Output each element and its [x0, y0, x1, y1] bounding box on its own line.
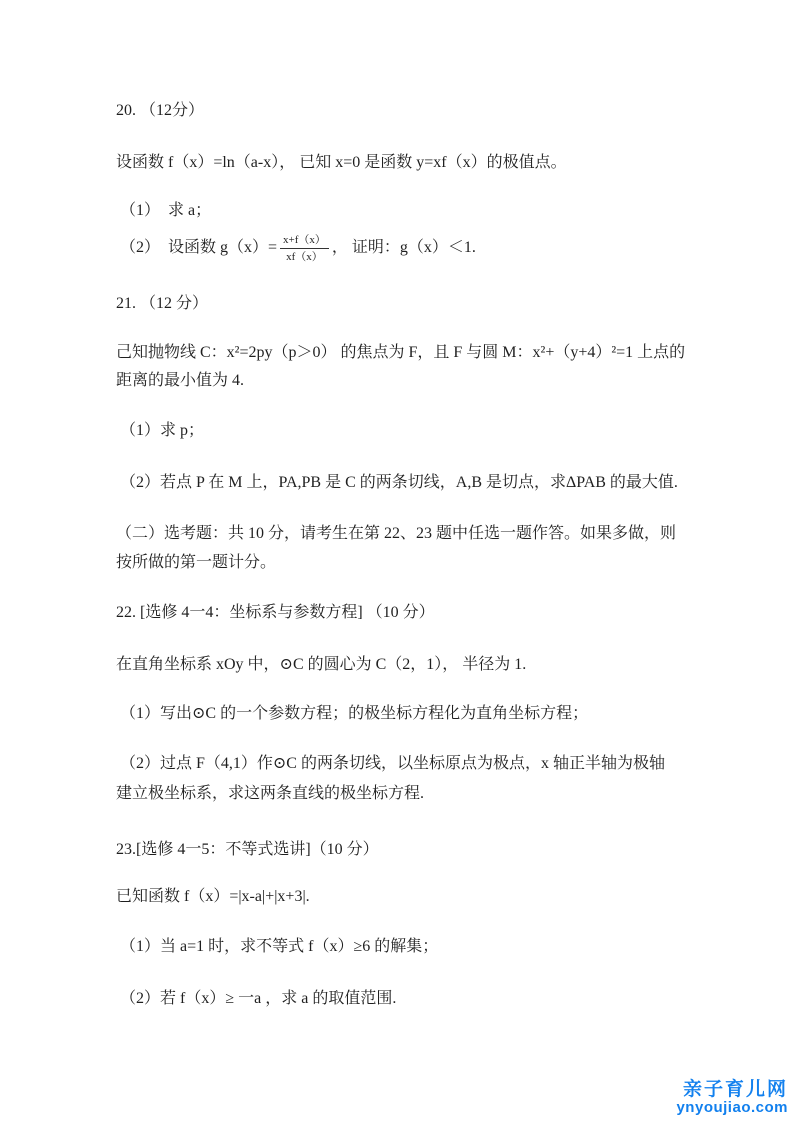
section-2-note-line-1: （二）选考题：共 10 分，请考生在第 22、23 题中任选一题作答。如果多做，…	[116, 523, 793, 545]
problem-21-heading: 21. （12 分）	[116, 293, 793, 315]
problem-20-heading: 20. （12分）	[116, 100, 793, 122]
fraction-denominator: xf（x）	[286, 249, 323, 264]
section-2-note-line-2: 按所做的第一题计分。	[116, 552, 793, 574]
problem-22-heading: 22. [选修 4一4：坐标系与参数方程] （10 分）	[116, 602, 793, 624]
site-watermark: 亲子育儿网 ynyoujiao.com	[676, 1080, 788, 1116]
problem-21-intro-line-2: 距离的最小值为 4.	[116, 370, 793, 392]
problem-21-intro-line-1: 己知抛物线 C：x²=2py（p＞0） 的焦点为 F，且 F 与圆 M：x²+（…	[116, 342, 793, 364]
problem-22-intro: 在直角坐标系 xOy 中，⊙C 的圆心为 C（2，1）， 半径为 1.	[116, 654, 793, 676]
problem-22-part-1: （1）写出⊙C 的一个参数方程；的极坐标方程化为直角坐标方程；	[120, 703, 793, 725]
problem-23-heading: 23.[选修 4一5：不等式选讲]（10 分）	[116, 839, 793, 861]
fraction-g-x: x+f（x）xf（x）	[280, 233, 329, 264]
problem-21-part-1: （1）求 p；	[120, 420, 793, 442]
problem-20-part-2-suffix: ， 证明：g（x）＜1.	[332, 237, 476, 259]
problem-21-part-2: （2）若点 P 在 M 上，PA,PB 是 C 的两条切线，A,B 是切点，求Δ…	[120, 472, 793, 494]
exam-document-page: 20. （12分） 设函数 f（x）=ln（a-x）， 已知 x=0 是函数 y…	[0, 0, 793, 1122]
problem-23-part-2: （2）若 f（x）≥ 一a ，求 a 的取值范围.	[120, 988, 793, 1010]
problem-23-part-1: （1）当 a=1 时，求不等式 f（x）≥6 的解集；	[120, 936, 793, 958]
problem-23-intro: 已知函数 f（x）=|x-a|+|x+3|.	[116, 886, 793, 908]
problem-20-intro: 设函数 f（x）=ln（a-x）， 已知 x=0 是函数 y=xf（x）的极值点…	[116, 152, 793, 174]
problem-20-part-1: （1） 求 a；	[120, 200, 793, 222]
watermark-site-url: ynyoujiao.com	[676, 1100, 788, 1116]
problem-22-part-2-line-2: 建立极坐标系，求这两条直线的极坐标方程.	[116, 783, 793, 805]
watermark-site-name: 亲子育儿网	[676, 1080, 788, 1100]
fraction-numerator: x+f（x）	[280, 233, 329, 249]
problem-20-part-2-prefix: （2） 设函数 g（x）=	[120, 237, 277, 259]
problem-20-part-2: （2） 设函数 g（x）=x+f（x）xf（x）， 证明：g（x）＜1.	[120, 228, 793, 268]
problem-22-part-2-line-1: （2）过点 F（4,1）作⊙C 的两条切线，以坐标原点为极点，x 轴正半轴为极轴	[120, 753, 793, 775]
